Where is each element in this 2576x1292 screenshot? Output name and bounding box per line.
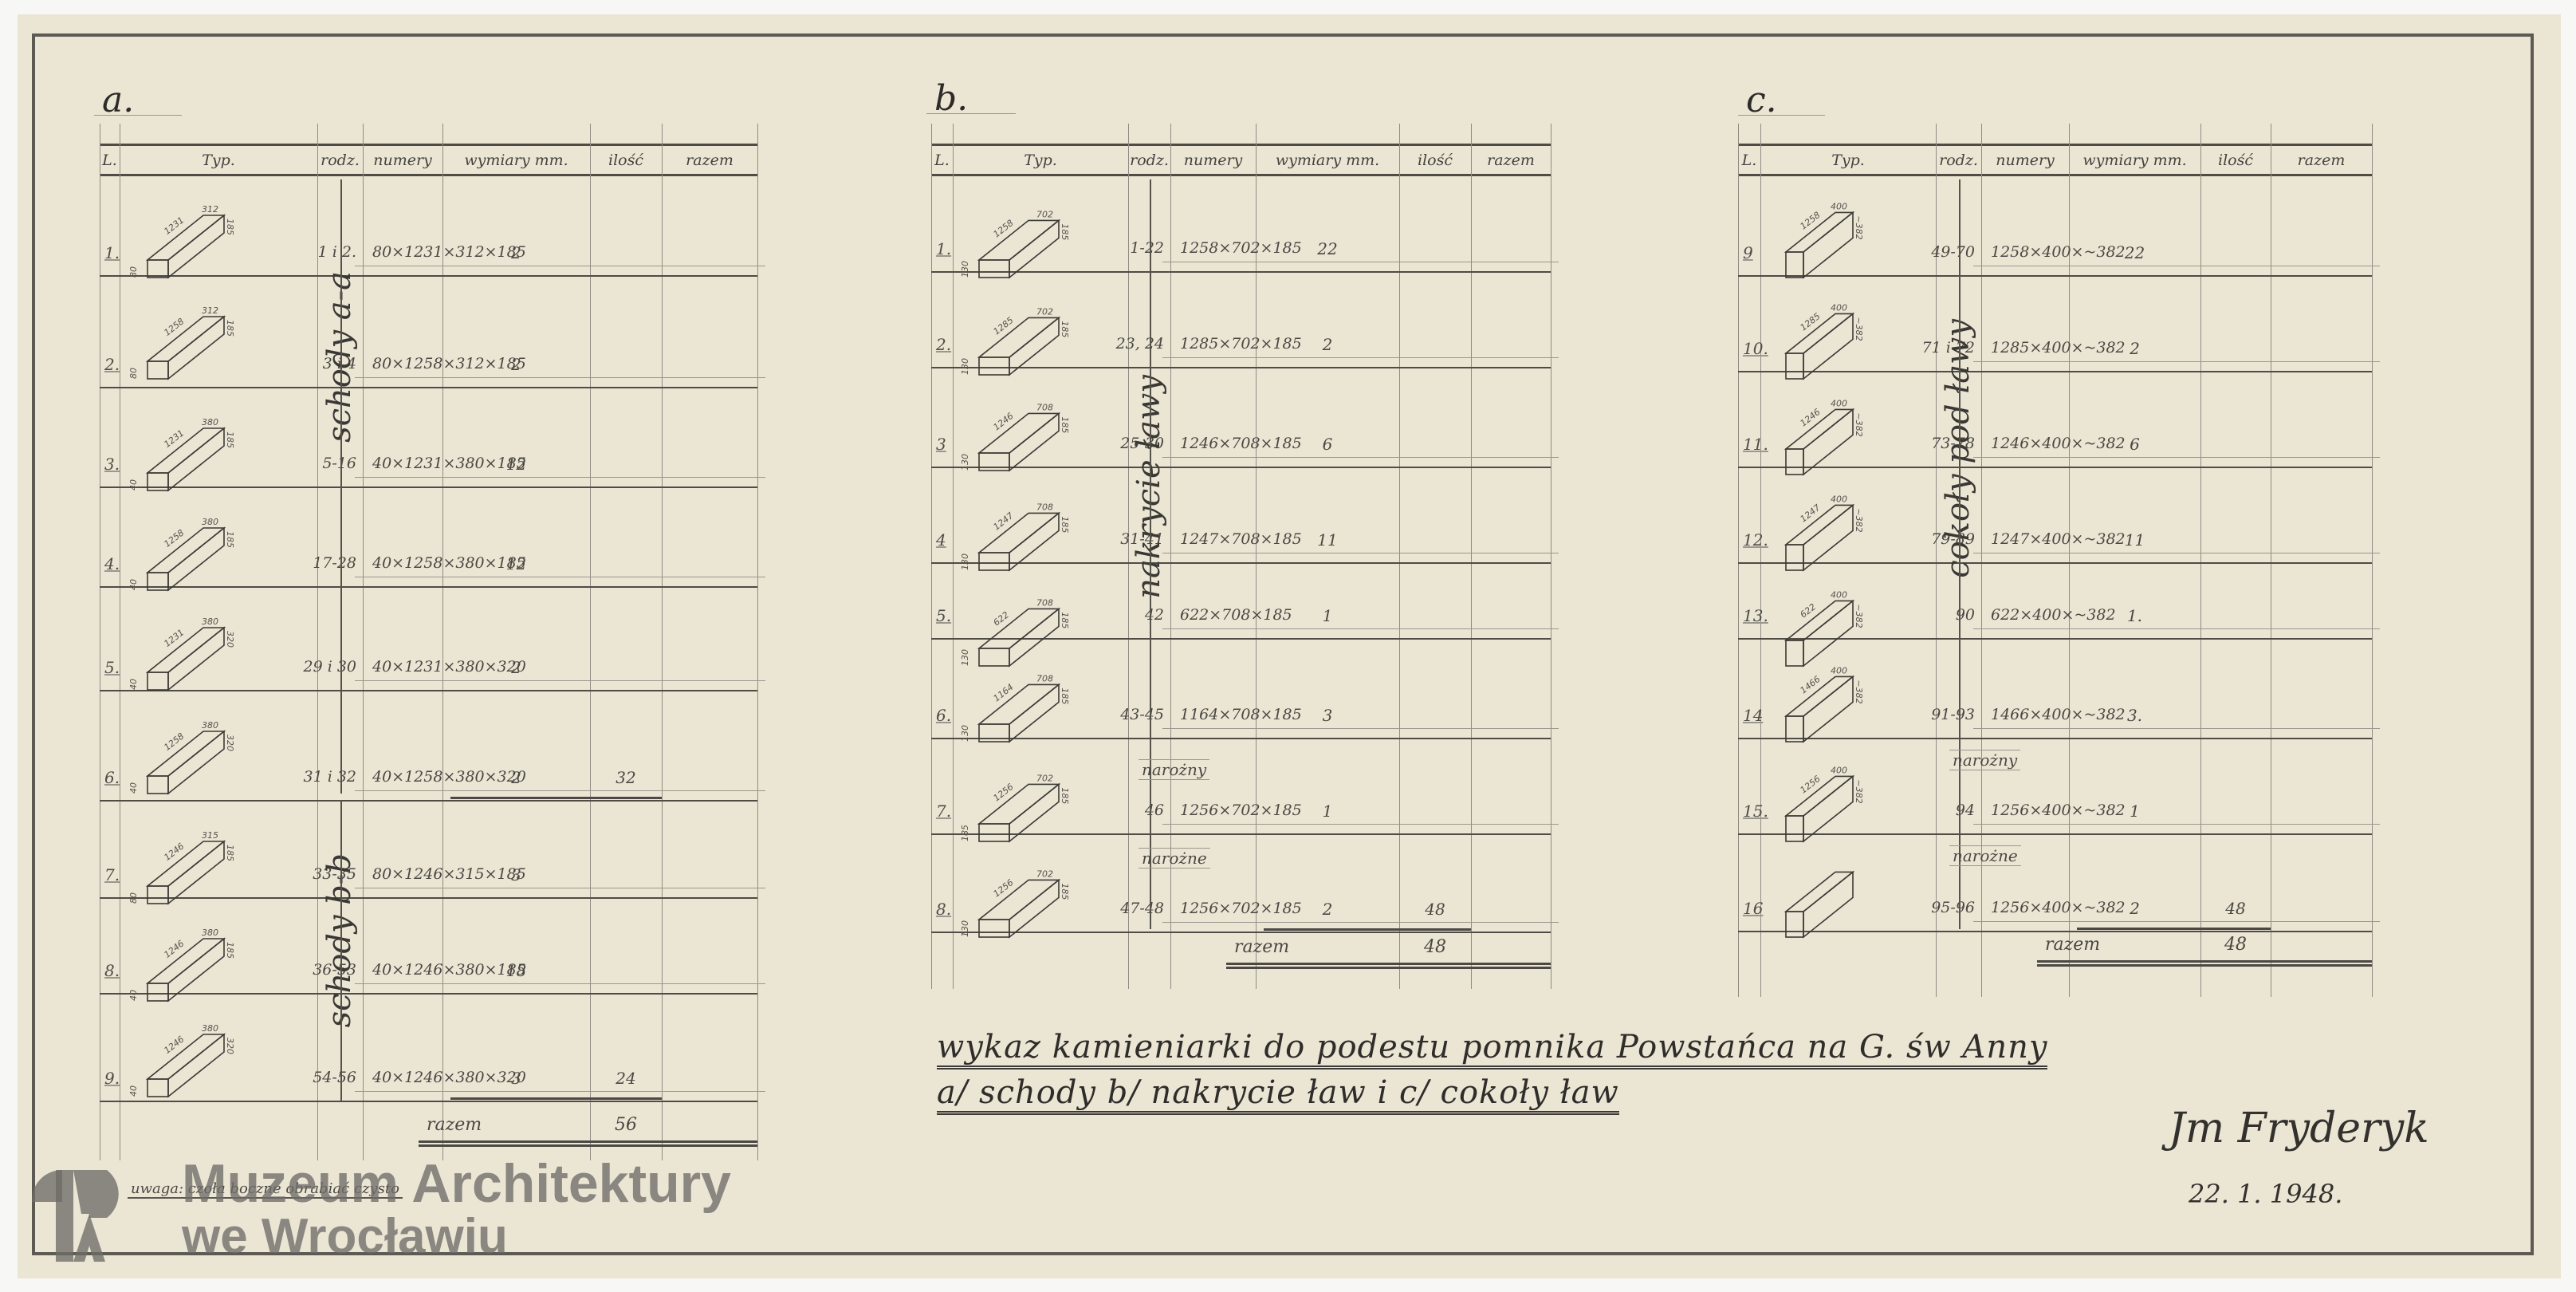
column-divider	[931, 124, 932, 989]
row-number: 1.	[104, 243, 120, 262]
stone-block-sketch-icon: 1246708185130	[963, 383, 1123, 479]
cell-wymiary: 1246×400×~382	[1991, 435, 2126, 452]
cell-ilosc: 1.	[2127, 606, 2142, 625]
svg-text:185: 185	[1060, 416, 1070, 433]
svg-text:708: 708	[1036, 502, 1053, 512]
cell-ilosc: 12	[506, 554, 526, 573]
svg-text:185: 185	[225, 845, 235, 861]
row-baseline	[1973, 361, 2380, 362]
svg-text:185: 185	[1060, 321, 1070, 337]
column-divider	[1738, 124, 1739, 997]
signature: Jm Fryderyk	[2169, 1105, 2429, 1152]
column-header-wymiary: wymiary mm.	[1276, 152, 1379, 169]
svg-text:1256: 1256	[1799, 774, 1823, 795]
total-label: razem	[2045, 935, 2100, 955]
svg-text:130: 130	[960, 920, 970, 937]
row-baseline	[1162, 457, 1559, 458]
svg-text:1246: 1246	[162, 938, 186, 959]
column-header-numery: numery	[1184, 152, 1243, 169]
svg-text:312: 312	[202, 204, 218, 215]
svg-text:130: 130	[960, 553, 970, 570]
stone-block-sketch-icon: 1285400~382	[1770, 291, 1929, 387]
svg-text:320: 320	[225, 735, 235, 751]
stone-block-sketch-icon: 1256702185185	[963, 754, 1123, 849]
subtotal-rule	[1264, 928, 1471, 931]
column-divider	[2271, 124, 2271, 997]
group-label-vertical: nakrycie ławy	[1131, 375, 1167, 599]
cell-ilosc: 3.	[2127, 706, 2142, 725]
svg-text:1231: 1231	[162, 627, 186, 648]
cell-ilosc: 6	[1323, 435, 1333, 454]
row-baseline	[1973, 728, 2380, 729]
row-baseline	[355, 888, 765, 888]
column-divider	[1399, 124, 1400, 989]
cell-numery: 95-96	[1931, 899, 1975, 916]
svg-text:~382: ~382	[1854, 215, 1864, 239]
svg-text:380: 380	[202, 417, 218, 427]
row-baseline	[1973, 266, 2380, 266]
group-extent-arrow	[340, 800, 342, 1101]
cell-wymiary: 1285×702×185	[1180, 335, 1302, 353]
cell-ilosc: 3	[511, 865, 521, 884]
cell-wymiary: 1256×400×~382	[1991, 899, 2126, 916]
stone-block-sketch-icon: 1256400~382	[1770, 754, 1929, 849]
svg-text:185: 185	[225, 431, 235, 448]
stone-block-sketch-icon: 124638018540	[132, 913, 291, 1009]
cell-wymiary: 1256×702×185	[1180, 802, 1302, 819]
cell-wymiary: 1285×400×~382	[1991, 339, 2126, 356]
row-baseline	[355, 680, 765, 681]
svg-text:380: 380	[202, 616, 218, 627]
svg-text:40: 40	[128, 782, 139, 794]
svg-text:40: 40	[128, 479, 139, 490]
svg-text:400: 400	[1831, 201, 1847, 211]
cell-ilosc: 18	[506, 961, 526, 980]
svg-text:1256: 1256	[992, 782, 1016, 803]
stone-block-sketch-icon: 1285702185130	[963, 287, 1123, 383]
svg-text:1246: 1246	[162, 1034, 186, 1055]
column-divider	[442, 124, 443, 1160]
cell-ilosc: 2	[2130, 899, 2140, 918]
row-divider	[100, 387, 757, 388]
cell-numery: 1-22	[1130, 239, 1164, 257]
svg-text:1246: 1246	[992, 411, 1016, 432]
row-baseline	[1162, 553, 1559, 553]
column-divider	[590, 124, 591, 1160]
cell-numery: 1 i 2.	[318, 243, 356, 261]
cell-wymiary: 1466×400×~382	[1991, 706, 2126, 723]
svg-text:702: 702	[1036, 209, 1053, 219]
row-number: 7.	[936, 802, 951, 821]
row-number: 7.	[104, 865, 120, 884]
svg-text:1246: 1246	[162, 841, 186, 862]
svg-text:185: 185	[1060, 787, 1070, 804]
cell-wymiary: 1247×708×185	[1180, 530, 1302, 548]
column-header-typ: Typ.	[202, 152, 235, 169]
row-baseline	[1162, 628, 1559, 629]
column-header-rodz: rodz.	[1939, 152, 1978, 169]
cell-wymiary: 1258×400×~382	[1991, 243, 2126, 261]
cell-numery: 46	[1145, 802, 1164, 819]
cell-numery: 43-45	[1120, 706, 1164, 723]
subtotal-rule	[450, 1097, 662, 1100]
cell-ilosc: 2	[1323, 335, 1333, 354]
row-number: 5.	[104, 658, 120, 677]
cell-numery: 91-93	[1931, 706, 1975, 723]
stone-block-sketch-icon: 1247400~382	[1770, 483, 1929, 578]
column-header-ilosc: ilość	[1418, 152, 1453, 169]
svg-text:1285: 1285	[992, 315, 1016, 337]
svg-text:~382: ~382	[1854, 779, 1864, 803]
svg-text:1231: 1231	[162, 427, 186, 449]
svg-text:400: 400	[1831, 494, 1847, 504]
cell-ilosc: 11	[1317, 530, 1337, 549]
stone-block-sketch-icon: 1246400~382	[1770, 387, 1929, 483]
column-header-lp: L.	[934, 152, 950, 169]
stone-block-sketch-icon: 123138018540	[132, 403, 291, 498]
header-bottom-rule	[100, 174, 757, 176]
column-header-lp: L.	[102, 152, 117, 169]
cell-wymiary: 622×708×185	[1180, 606, 1292, 624]
column-header-typ: Typ.	[1831, 152, 1865, 169]
column-header-razem: razem	[2298, 152, 2346, 169]
row-baseline	[355, 377, 765, 378]
cell-numery: 49-70	[1931, 243, 1975, 261]
row-baseline	[1973, 457, 2380, 458]
column-divider	[1551, 124, 1551, 989]
header-top-rule	[931, 144, 1551, 146]
svg-text:185: 185	[225, 320, 235, 337]
svg-text:40: 40	[128, 1085, 139, 1097]
column-divider	[363, 124, 364, 1160]
header-top-rule	[100, 144, 757, 146]
svg-text:~382: ~382	[1854, 679, 1864, 703]
row-number: 14	[1743, 706, 1763, 725]
group-label-vertical: cokoły pod ławy	[1940, 319, 1976, 578]
cell-ilosc: 3	[511, 1069, 521, 1088]
svg-text:~382: ~382	[1854, 604, 1864, 628]
svg-text:380: 380	[202, 517, 218, 527]
svg-text:130: 130	[960, 454, 970, 471]
cell-wymiary: 80×1258×312×185	[372, 355, 526, 372]
column-header-typ: Typ.	[1024, 152, 1057, 169]
section-b-label: b.	[934, 78, 968, 119]
svg-text:185: 185	[1060, 516, 1070, 533]
svg-text:315: 315	[202, 830, 218, 841]
column-header-razem: razem	[686, 152, 733, 169]
row-baseline	[355, 983, 765, 984]
cell-numery: 29 i 30	[303, 658, 356, 676]
svg-text:380: 380	[202, 720, 218, 731]
svg-text:1231: 1231	[162, 215, 186, 236]
row-baseline	[355, 790, 765, 791]
corner-note: narożny	[1949, 750, 2020, 770]
stone-block-sketch-icon	[1770, 849, 1929, 945]
column-divider	[1760, 124, 1761, 997]
column-header-wymiary: wymiary mm.	[464, 152, 568, 169]
cell-razem: 32	[615, 768, 635, 787]
svg-text:400: 400	[1831, 398, 1847, 408]
total-value: 56	[615, 1115, 637, 1135]
svg-text:708: 708	[1036, 402, 1053, 412]
column-header-numery: numery	[1996, 152, 2055, 169]
cell-ilosc: 11	[2125, 530, 2145, 549]
cell-ilosc: 22	[2125, 243, 2145, 262]
section-a-label: a.	[102, 80, 134, 120]
row-baseline	[355, 477, 765, 478]
svg-text:130: 130	[960, 261, 970, 278]
museum-logo-icon	[32, 1158, 136, 1262]
cell-wymiary: 1256×702×185	[1180, 900, 1302, 917]
svg-text:702: 702	[1036, 773, 1053, 783]
stone-block-sketch-icon: 1247708185130	[963, 483, 1123, 578]
row-number: 6.	[104, 768, 120, 787]
row-number: 16	[1743, 899, 1763, 918]
svg-text:400: 400	[1831, 765, 1847, 775]
cell-razem: 48	[2225, 899, 2245, 918]
cell-ilosc: 1	[2130, 802, 2140, 821]
cell-wymiary: 1247×400×~382	[1991, 530, 2126, 548]
svg-text:1256: 1256	[992, 877, 1016, 899]
cell-wymiary: 80×1246×315×185	[372, 865, 526, 883]
row-baseline	[355, 266, 765, 266]
svg-text:~382: ~382	[1854, 317, 1864, 341]
svg-text:185: 185	[960, 825, 970, 841]
cell-ilosc: 3	[1323, 706, 1333, 725]
svg-text:1258: 1258	[162, 527, 186, 549]
cell-ilosc: 2	[1323, 900, 1333, 919]
svg-text:1247: 1247	[1799, 502, 1823, 524]
column-divider	[2200, 124, 2201, 997]
stone-block-sketch-icon: 1258702185130	[963, 190, 1123, 286]
cell-numery: 47-48	[1120, 900, 1164, 917]
svg-text:380: 380	[202, 1023, 218, 1034]
document-title-line-1: wykaz kamieniarki do podestu pomnika Pow…	[937, 1029, 2047, 1069]
column-header-lp: L.	[1742, 152, 1757, 169]
stone-block-sketch-icon: 124638032040	[132, 1009, 291, 1105]
row-number: 8.	[936, 900, 951, 919]
watermark-line-1: Muzeum Architektury	[182, 1156, 731, 1211]
svg-text:40: 40	[128, 579, 139, 590]
cell-ilosc: 2	[511, 243, 521, 262]
subtotal-rule	[450, 797, 662, 799]
cell-wymiary: 1164×708×185	[1180, 706, 1302, 723]
row-baseline	[1162, 922, 1559, 923]
cell-wymiary: 1256×400×~382	[1991, 802, 2126, 819]
svg-text:1258: 1258	[162, 731, 186, 752]
row-number: 5.	[936, 606, 951, 625]
stone-block-sketch-icon: 124631518580	[132, 816, 291, 912]
svg-text:400: 400	[1831, 665, 1847, 676]
svg-text:185: 185	[1060, 883, 1070, 900]
cell-numery: 54-56	[313, 1069, 356, 1086]
cell-wymiary: 40×1246×380×320	[372, 1069, 526, 1086]
column-divider	[2372, 124, 2373, 997]
stone-block-sketch-icon: 125838032040	[132, 706, 291, 802]
stone-block-sketch-icon: 125838018540	[132, 502, 291, 598]
svg-text:1285: 1285	[1799, 311, 1823, 333]
cell-wymiary: 40×1231×380×185	[372, 455, 526, 472]
stone-block-sketch-icon: 1466400~382	[1770, 654, 1929, 750]
svg-text:1246: 1246	[1799, 407, 1823, 428]
row-number: 10.	[1743, 339, 1768, 358]
svg-text:~382: ~382	[1854, 508, 1864, 532]
header-bottom-rule	[1738, 174, 2372, 176]
row-number: 3.	[104, 455, 120, 474]
row-number: 4.	[104, 554, 120, 573]
cell-numery: 17-28	[313, 554, 356, 572]
row-number: 9.	[104, 1069, 120, 1088]
column-header-ilosc: ilość	[608, 152, 643, 169]
row-number: 1.	[936, 239, 951, 258]
cell-ilosc: 1	[1323, 802, 1333, 821]
svg-text:185: 185	[225, 531, 235, 548]
subtotal-rule	[2077, 928, 2271, 930]
row-baseline	[1162, 728, 1559, 729]
column-header-wymiary: wymiary mm.	[2082, 152, 2186, 169]
row-number: 15.	[1743, 802, 1768, 821]
stone-block-sketch-icon: 1256702185130	[963, 849, 1123, 945]
svg-text:1164: 1164	[992, 682, 1016, 703]
group-label-vertical: schody b-b	[321, 853, 358, 1027]
cell-wymiary: 622×400×~382	[1991, 606, 2116, 624]
column-header-numery: numery	[373, 152, 432, 169]
svg-text:702: 702	[1036, 869, 1053, 879]
stone-block-sketch-icon: 123138032040	[132, 602, 291, 698]
corner-note: narożne	[1949, 845, 2021, 866]
row-baseline	[1973, 824, 2380, 825]
total-label: razem	[1234, 937, 1289, 957]
cell-numery: 23, 24	[1116, 335, 1164, 353]
row-number: 13.	[1743, 606, 1768, 625]
section-c-label: c.	[1746, 80, 1777, 120]
row-number: 3	[936, 435, 946, 454]
cell-razem: 48	[1425, 900, 1445, 919]
column-divider	[757, 124, 758, 1160]
cell-ilosc: 2	[511, 768, 521, 787]
cell-ilosc: 2	[2130, 339, 2140, 358]
total-double-rule	[1226, 963, 1551, 969]
column-divider	[120, 124, 120, 1160]
row-number: 12.	[1743, 530, 1768, 549]
svg-text:1258: 1258	[1799, 210, 1823, 231]
row-number: 2.	[104, 355, 120, 374]
svg-text:130: 130	[960, 725, 970, 742]
cell-ilosc: 12	[506, 455, 526, 474]
stone-block-sketch-icon: 1258400~382	[1770, 190, 1929, 286]
total-value: 48	[1424, 937, 1446, 957]
svg-text:400: 400	[1831, 589, 1847, 600]
svg-text:1466: 1466	[1799, 674, 1823, 695]
row-baseline	[1162, 262, 1559, 262]
column-divider	[317, 124, 318, 1160]
group-label-vertical: schody a-a	[321, 271, 358, 443]
svg-text:708: 708	[1036, 673, 1053, 683]
stone-block-sketch-icon: 125831218580	[132, 291, 291, 387]
column-divider	[1471, 124, 1472, 989]
cell-ilosc: 2	[511, 658, 521, 677]
column-header-razem: razem	[1487, 152, 1535, 169]
row-baseline	[355, 577, 765, 577]
column-header-rodz: rodz.	[1130, 152, 1169, 169]
group-extent-arrow	[1959, 179, 1961, 929]
header-top-rule	[1738, 144, 2372, 146]
total-label: razem	[427, 1115, 482, 1135]
svg-text:1247: 1247	[992, 510, 1016, 532]
total-value: 48	[2224, 935, 2247, 955]
stone-block-sketch-icon: 1164708185130	[963, 654, 1123, 750]
cell-razem: 24	[615, 1069, 635, 1088]
row-number: 2.	[936, 335, 951, 354]
row-baseline	[1973, 553, 2380, 553]
watermark-line-2: we Wrocławiu	[182, 1212, 508, 1262]
row-number: 11.	[1743, 435, 1768, 454]
corner-note: narożne	[1139, 848, 1210, 869]
header-bottom-rule	[931, 174, 1551, 176]
row-baseline	[1973, 628, 2380, 629]
svg-text:40: 40	[128, 990, 139, 1001]
svg-text:185: 185	[225, 942, 235, 959]
row-baseline	[1973, 921, 2380, 922]
svg-text:130: 130	[960, 358, 970, 375]
column-header-ilosc: ilość	[2218, 152, 2253, 169]
cell-numery: 42	[1145, 606, 1164, 624]
svg-text:185: 185	[1060, 687, 1070, 704]
svg-text:320: 320	[225, 631, 235, 648]
svg-text:320: 320	[225, 1038, 235, 1054]
column-divider	[100, 124, 100, 1160]
column-divider	[953, 124, 954, 989]
row-number: 4	[936, 530, 946, 549]
svg-text:185: 185	[225, 219, 235, 235]
group-extent-arrow	[340, 179, 342, 794]
svg-text:185: 185	[1060, 612, 1070, 628]
cell-wymiary: 80×1231×312×185	[372, 243, 526, 261]
row-number: 6.	[936, 706, 951, 725]
svg-text:400: 400	[1831, 302, 1847, 313]
column-header-rodz: rodz.	[321, 152, 360, 169]
cell-wymiary: 1258×702×185	[1180, 239, 1302, 257]
row-number: 9	[1743, 243, 1753, 262]
row-baseline	[1162, 824, 1559, 825]
svg-text:80: 80	[128, 892, 139, 904]
cell-wymiary: 40×1231×380×320	[372, 658, 526, 676]
svg-text:~382: ~382	[1854, 412, 1864, 436]
cell-ilosc: 1	[1323, 606, 1333, 625]
svg-text:80: 80	[128, 266, 139, 278]
cell-wymiary: 40×1258×380×185	[372, 554, 526, 572]
stone-block-sketch-icon: 123131218580	[132, 190, 291, 286]
signature-date: 22. 1. 1948.	[2189, 1179, 2342, 1209]
svg-text:80: 80	[128, 368, 139, 379]
document-title-line-2: a/ schody b/ nakrycie ław i c/ cokoły ła…	[937, 1074, 1619, 1115]
corner-note: narożny	[1139, 759, 1209, 780]
cell-numery: 31 i 32	[303, 768, 356, 786]
cell-ilosc: 2	[511, 355, 521, 374]
total-double-rule	[2037, 960, 2372, 967]
column-divider	[1128, 124, 1129, 989]
column-divider	[662, 124, 663, 1160]
row-baseline	[355, 1091, 765, 1092]
svg-text:185: 185	[1060, 223, 1070, 240]
svg-text:380: 380	[202, 928, 218, 938]
svg-text:1258: 1258	[162, 316, 186, 337]
total-double-rule	[419, 1140, 757, 1147]
svg-text:708: 708	[1036, 597, 1053, 608]
cell-wymiary: 1246×708×185	[1180, 435, 1302, 452]
cell-ilosc: 6	[2130, 435, 2140, 454]
cell-wymiary: 40×1246×380×185	[372, 961, 526, 979]
